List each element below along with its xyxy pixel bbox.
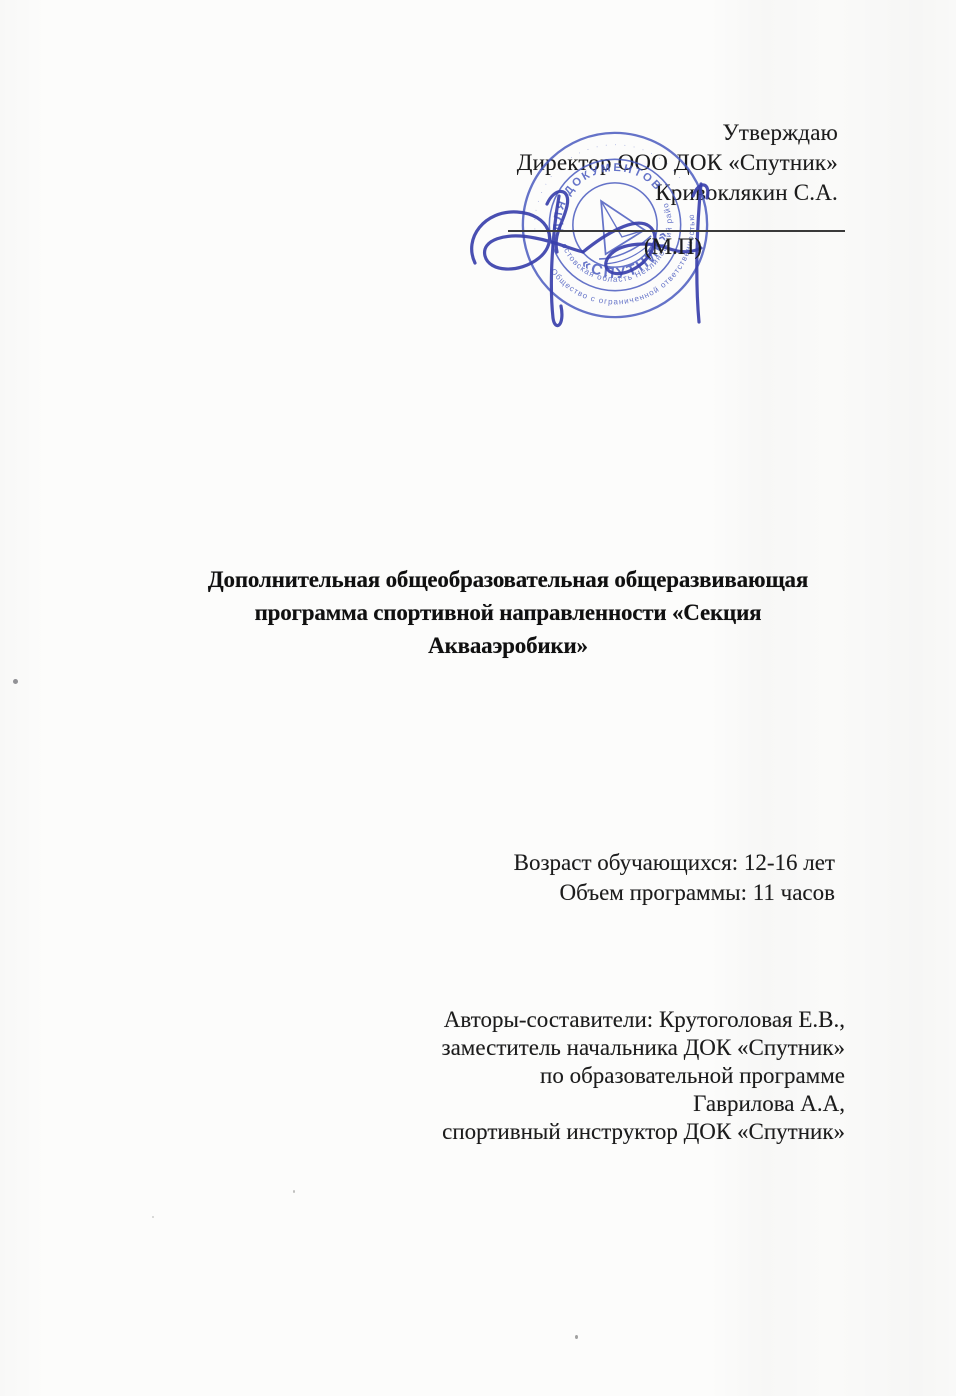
scan-speck (575, 1335, 578, 1339)
students-age: Возраст обучающихся: 12-16 лет (514, 848, 835, 878)
scan-speck (13, 679, 18, 684)
document-title: Дополнительная общеобразовательная общер… (90, 563, 926, 662)
authors-line-5: спортивный инструктор ДОК «Спутник» (442, 1118, 846, 1146)
program-info-block: Возраст обучающихся: 12-16 лет Объем про… (514, 848, 835, 908)
title-line-3: Аквааэробики» (90, 629, 926, 662)
title-line-2: программа спортивной направленности «Сек… (90, 596, 926, 629)
document-page: Утверждаю Директор ООО ДОК «Спутник» Кри… (0, 0, 956, 1396)
authors-line-1: Авторы-составители: Крутоголовая Е.В., (442, 1006, 846, 1034)
seal-placeholder-label: (М.П) (618, 234, 728, 260)
authors-line-3: по образовательной программе (442, 1062, 846, 1090)
authors-line-2: заместитель начальника ДОК «Спутник» (442, 1034, 846, 1062)
scan-speck (152, 1216, 154, 1218)
authors-block: Авторы-составители: Крутоголовая Е.В., з… (442, 1006, 846, 1146)
signature-line (508, 230, 845, 232)
authors-line-4: Гаврилова А.А, (442, 1090, 846, 1118)
title-line-1: Дополнительная общеобразовательная общер… (90, 563, 926, 596)
program-volume: Объем программы: 11 часов (514, 878, 835, 908)
scan-speck (293, 1190, 295, 1193)
